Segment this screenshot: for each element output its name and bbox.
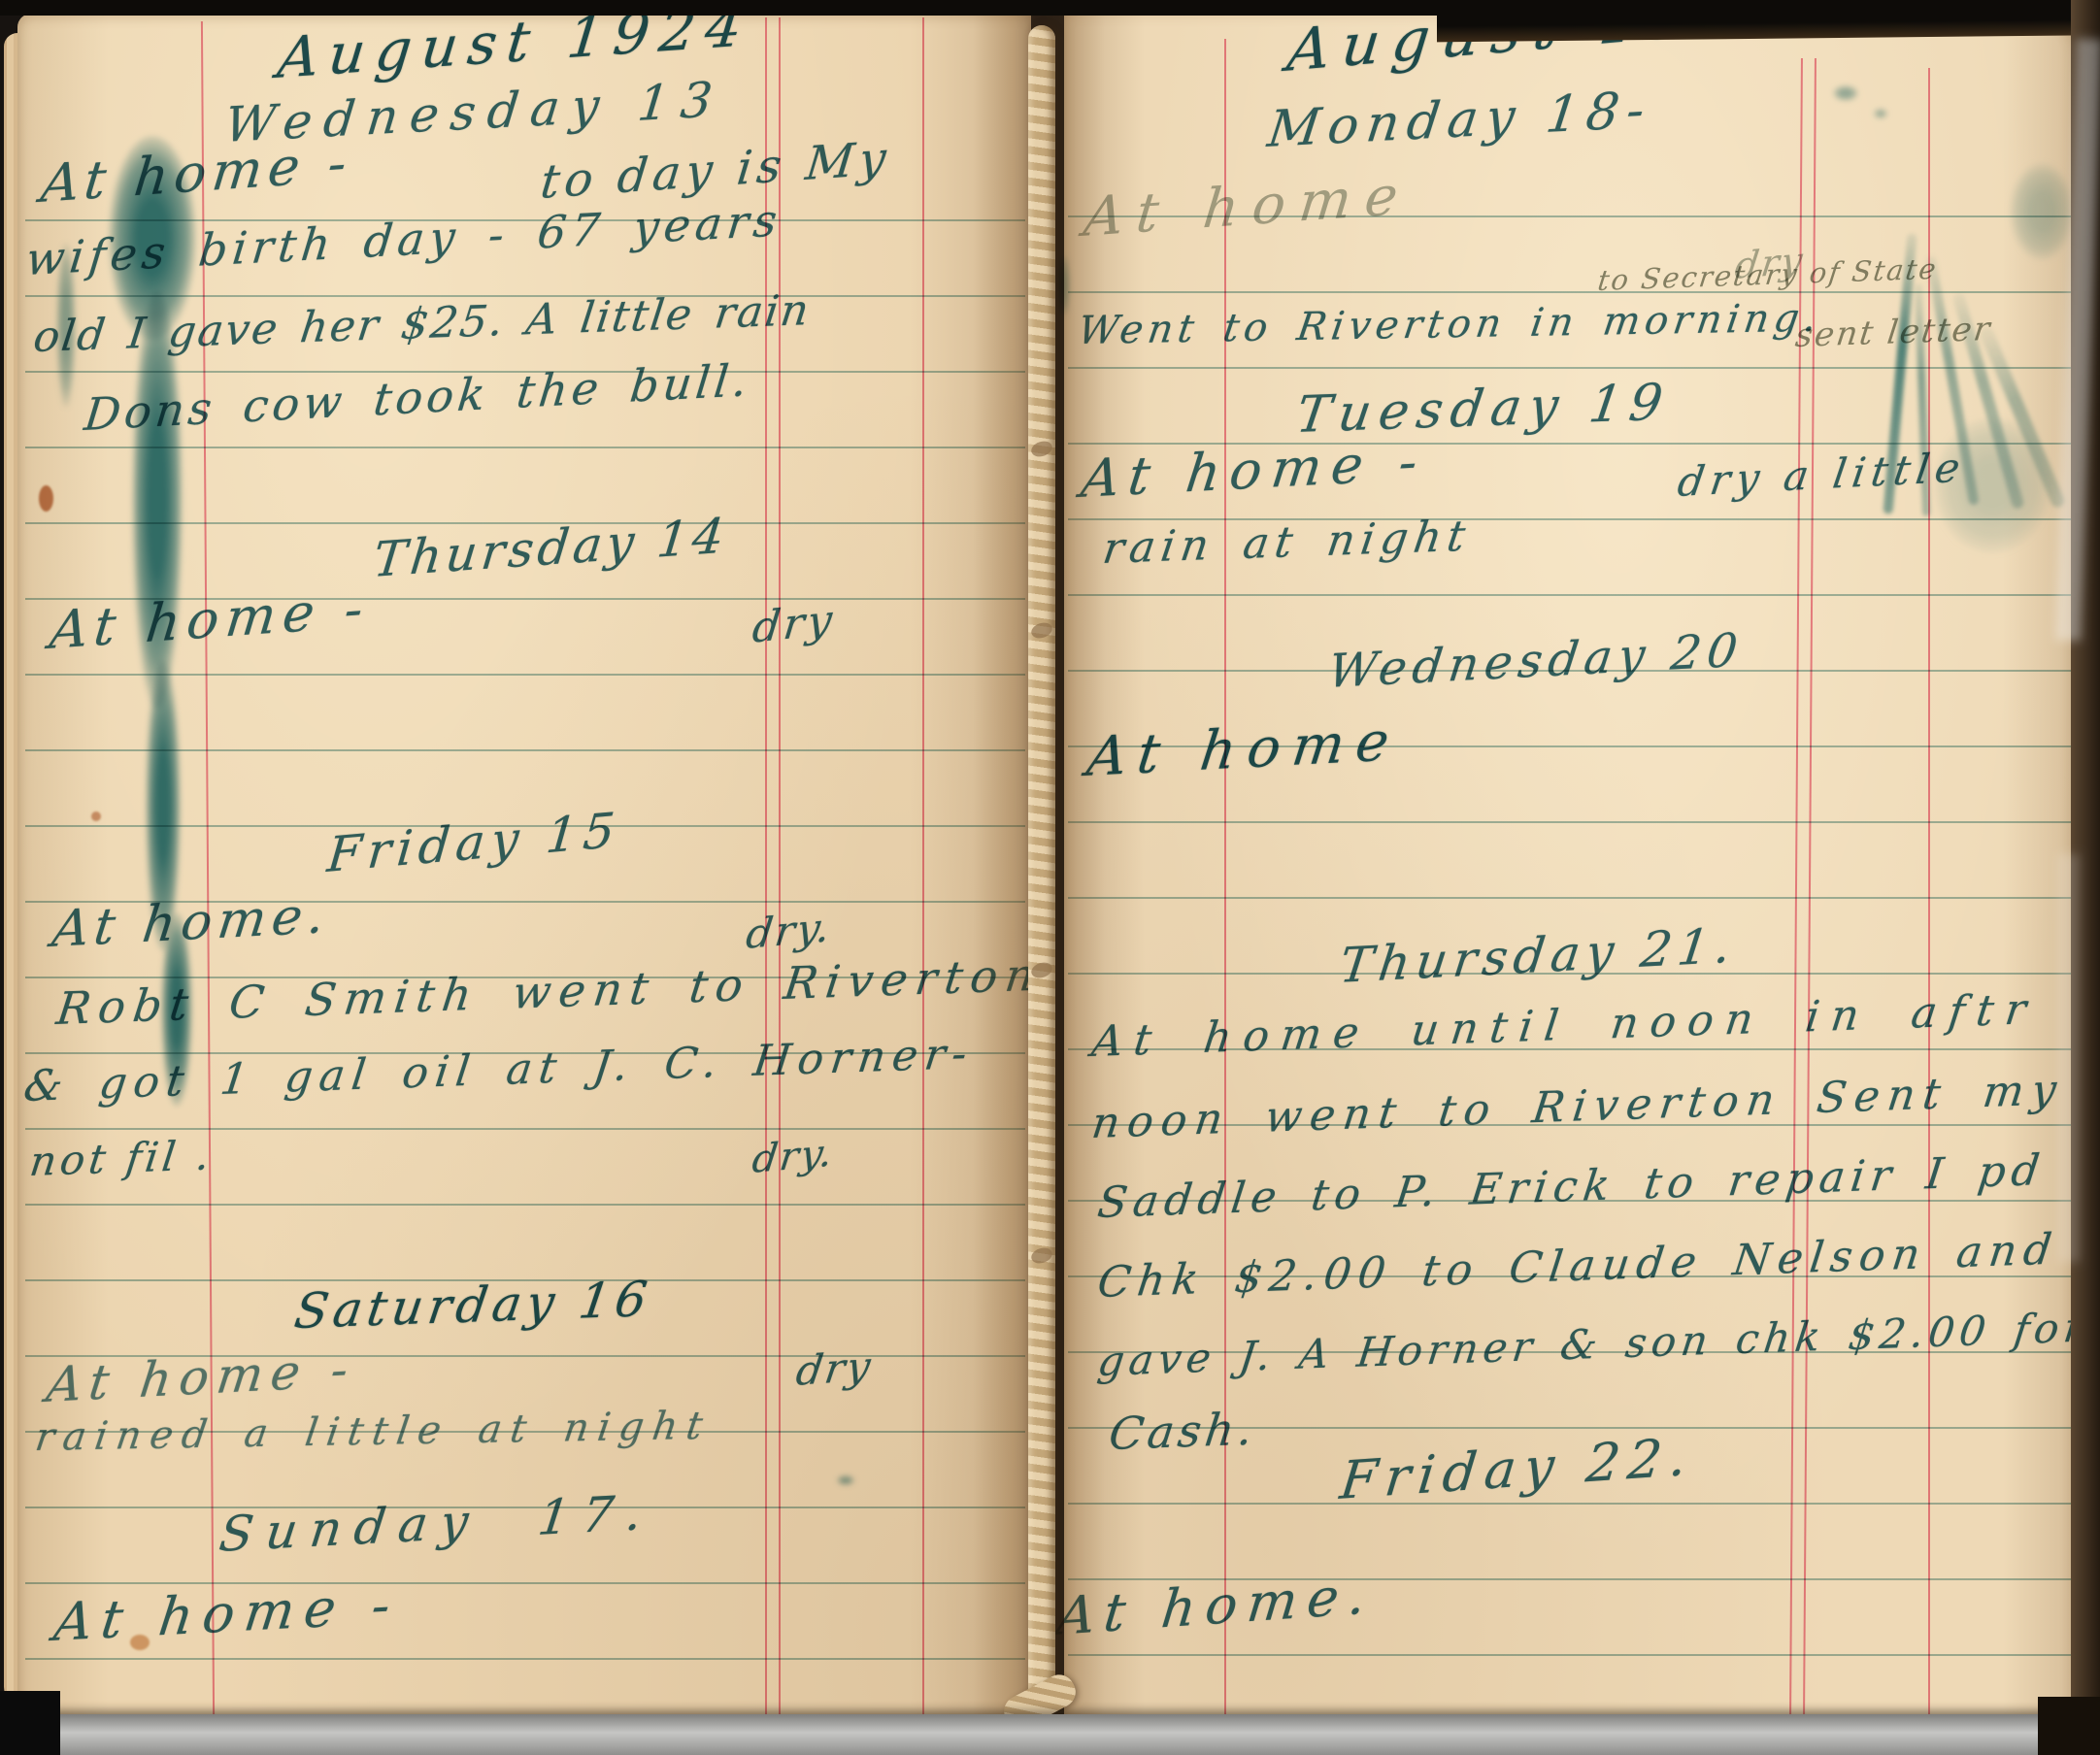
- ink-speck: [1833, 85, 1858, 101]
- entry-aug14-weather: dry: [750, 595, 838, 652]
- margin-line: [922, 17, 924, 1716]
- rust-spot: [39, 485, 53, 512]
- ink-speck: [837, 1475, 854, 1485]
- margin-line: [779, 17, 781, 1716]
- entry-aug21-line6: Cash.: [1106, 1403, 1259, 1460]
- plastic-sheen: [2058, 854, 2080, 1262]
- scanner-tray: [0, 1714, 2100, 1755]
- scan-top-edge-right: [1437, 0, 2100, 42]
- rust-spot: [130, 1635, 150, 1650]
- binding-thread: [1028, 25, 1055, 1714]
- diary-scan: August 1924 Wednesday 13 At home - to da…: [0, 0, 2100, 1755]
- ink-stain: [161, 912, 192, 1107]
- margin-line: [765, 17, 767, 1716]
- ink-stain: [56, 243, 76, 408]
- margin-line: [1224, 39, 1226, 1716]
- scan-corner-shadow: [0, 1691, 60, 1755]
- ink-speck: [1058, 254, 1070, 316]
- entry-aug16-weather: dry: [793, 1342, 876, 1395]
- scan-corner-shadow: [2038, 1697, 2100, 1755]
- ink-stain: [1934, 417, 2050, 553]
- entry-aug15-line3: not fil .: [27, 1131, 217, 1185]
- ink-stain: [2010, 163, 2074, 260]
- ink-stain: [146, 660, 181, 951]
- rust-spot: [91, 811, 101, 821]
- ink-stain: [132, 291, 183, 709]
- entry-aug15-weather: dry.: [744, 903, 835, 957]
- ink-speck: [1874, 109, 1887, 118]
- entry-aug15-weather2: dry.: [750, 1131, 837, 1182]
